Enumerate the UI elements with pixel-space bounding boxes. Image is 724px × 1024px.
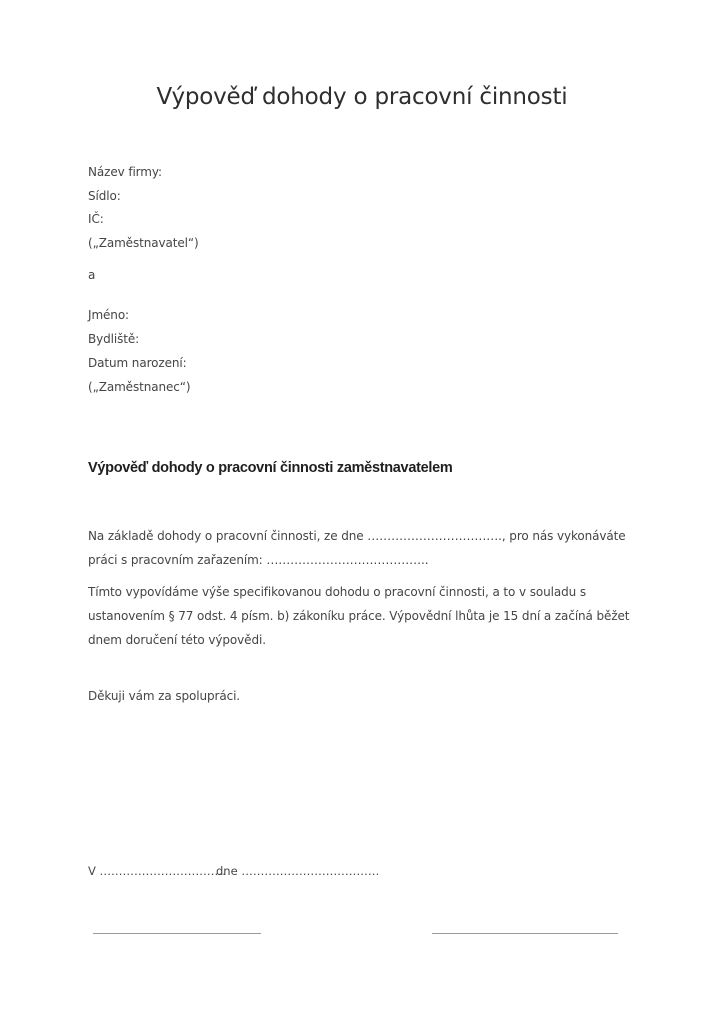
- employee-role-label: („Zaměstnanec“): [88, 380, 190, 394]
- paragraph-termination: Tímto vypovídáme výše specifikovanou doh…: [88, 580, 648, 652]
- date-field: dne ………………………………: [216, 864, 379, 878]
- employee-name-label: Jméno:: [88, 308, 129, 322]
- connector-text: a: [88, 268, 95, 282]
- birth-date-label: Datum narození:: [88, 356, 187, 370]
- company-id-label: IČ:: [88, 212, 104, 226]
- section-heading: Výpověď dohody o pracovní činnosti zaměs…: [88, 460, 452, 476]
- document-page: Výpověď dohody o pracovní činnosti Název…: [0, 0, 724, 1024]
- paragraph-agreement: Na základě dohody o pracovní činnosti, z…: [88, 524, 648, 572]
- employer-role-label: („Zaměstnavatel“): [88, 236, 199, 250]
- residence-label: Bydliště:: [88, 332, 139, 346]
- place-date-row: V …………………………… dne ………………………………: [88, 864, 226, 878]
- seat-label: Sídlo:: [88, 189, 121, 203]
- signature-line-employee: [432, 933, 618, 935]
- place-field: V ……………………………: [88, 864, 226, 878]
- signature-line-employer: [93, 933, 261, 935]
- closing-text: Děkuji vám za spolupráci.: [88, 689, 240, 703]
- company-name-label: Název firmy:: [88, 165, 162, 179]
- document-title: Výpověď dohody o pracovní činnosti: [0, 84, 724, 110]
